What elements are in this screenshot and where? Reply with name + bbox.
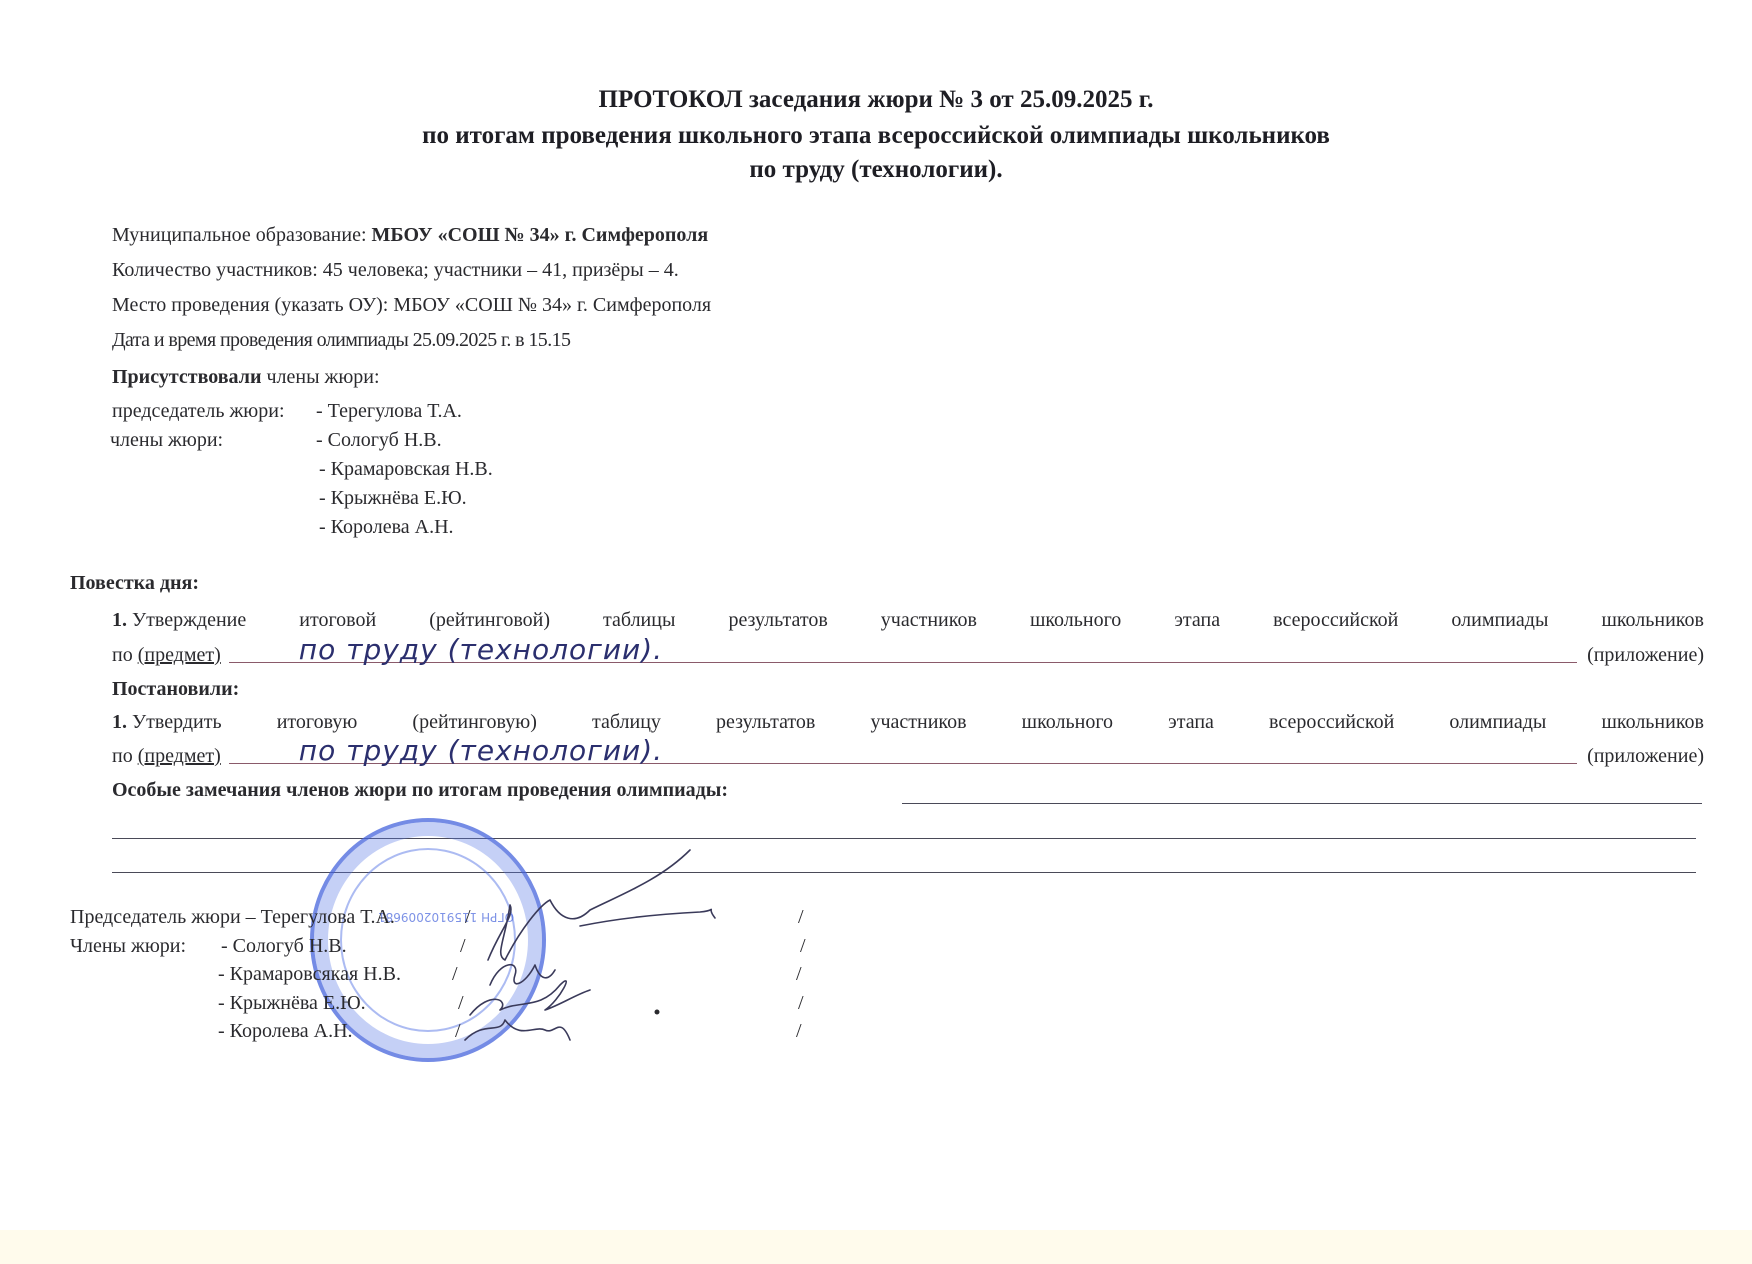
signature-chair-stroke xyxy=(488,850,715,960)
handwritten-signatures xyxy=(0,0,1752,1264)
signature-member-2-stroke xyxy=(470,981,590,1015)
signature-member-3-stroke xyxy=(465,1020,570,1040)
ink-dot xyxy=(655,1010,660,1015)
signature-member-1-stroke xyxy=(490,965,555,985)
